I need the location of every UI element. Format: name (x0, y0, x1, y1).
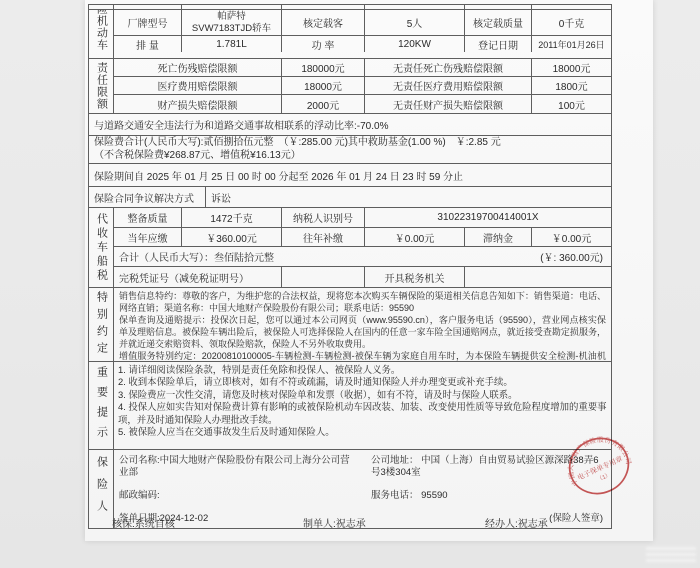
dispute-value: 诉讼 (206, 187, 611, 207)
insurer-postal-code: 邮政编码: (119, 490, 371, 502)
liability-section-label: 责任限额 (89, 59, 114, 113)
dispute-row: 保险合同争议解决方式 诉讼 (89, 187, 611, 208)
notice-item: 1. 请详细阅读保险条款，特别是责任免除和投保人、被保险人义务。 (118, 364, 607, 376)
late-fee-value: ￥0.00元 (532, 228, 611, 246)
insurer-address: 公司地址： 中国（上海）自由贸易试验区源深路38弄6号3楼304室 (371, 455, 607, 479)
special-section-label: 特别约定 (89, 288, 114, 361)
brand-value: 帕萨特 SVW7183TJD轿车 (182, 10, 282, 35)
current-year-value: ￥360.00元 (182, 228, 282, 246)
motor-row-2: 排 量 1.781L 功 率 120KW 登记日期 2011年01月26日 (114, 36, 611, 52)
dispute-label: 保险合同争议解决方式 (89, 187, 206, 207)
notice-item: 3. 保险费应一次性交清，请您及时核对保险单和发票（收据），如有不符，请及时与保… (118, 389, 607, 401)
curb-weight-value: 1472千克 (182, 208, 282, 227)
seats-label: 核定载客 (282, 10, 365, 35)
tax-cert-label: 完税凭证号（减免税证明号） (114, 267, 282, 287)
table-row: 财产损失赔偿限额 2000元 无责任财产损失赔偿限额 100元 (114, 95, 611, 113)
table-row: 死亡伤残赔偿限额 180000元 无责任死亡伤残赔偿限额 18000元 (114, 59, 611, 77)
special-paragraph: 保单查询及通赔提示：投保次日起，您可以通过本公司网页（www.95590.cn）… (119, 314, 606, 350)
special-paragraph: 增值服务特别约定：20200810100005-车辆检测-车辆检测-被保车辆为家… (119, 350, 606, 361)
tax-row-2: 当年应缴 ￥360.00元 往年补缴 ￥0.00元 滞纳金 ￥0.00元 (114, 228, 611, 247)
motor-row-1: 厂牌型号 帕萨特 SVW7183TJD轿车 核定载客 5人 核定载质量 0千克 (114, 10, 611, 36)
period-row: 保险期间自 2025 年 01 月 25 日 00 时 00 分起至 2026 … (89, 164, 611, 187)
taxpayer-id-value: 31022319700414001X (365, 208, 611, 227)
insurer-service-phone: 服务电话： 95590 (371, 490, 607, 502)
footer-handler: 经办人:祝志承 (485, 515, 548, 530)
liability-section: 责任限额 死亡伤残赔偿限额 180000元 无责任死亡伤残赔偿限额 18000元… (89, 59, 611, 114)
prior-year-label: 往年补缴 (282, 228, 365, 246)
reg-date-label: 登记日期 (465, 36, 532, 52)
reg-date-value: 2011年01月26日 (532, 36, 611, 52)
taxpayer-id-label: 纳税人识别号 (282, 208, 365, 227)
premium-line2: （不含税保险费¥268.87元、增值税¥16.13元） (94, 150, 301, 163)
tax-total-row: 合计（人民币大写）：叁佰陆拾元整 (￥: 360.00元) (114, 247, 611, 267)
tax-row-1: 整备质量 1472千克 纳税人识别号 31022319700414001X (114, 208, 611, 228)
prior-year-value: ￥0.00元 (365, 228, 465, 246)
float-rate-row: 与道路交通安全违法行为和道路交通事故相联系的浮动比率:-70.0% (89, 114, 611, 136)
notice-item: 4. 投保人应如实告知对保险费计算有影响的或被保险机动车因改装、加装、改变使用性… (118, 401, 607, 426)
special-paragraph: 销售信息特约：尊敬的客户，为维护您的合法权益，现将您本次购买车辆保险的渠道相关信… (119, 290, 606, 314)
displacement-label: 排 量 (114, 36, 182, 52)
late-fee-label: 滞纳金 (465, 228, 532, 246)
insurer-section-label: 保险人 (89, 450, 114, 528)
notice-item: 5. 被保险人应当在交通事故发生后及时通知保险人。 (118, 426, 607, 438)
seats-value: 5人 (365, 10, 465, 35)
tax-section: 代收车船税 整备质量 1472千克 纳税人识别号 310223197004140… (89, 208, 611, 288)
tax-total-label: 合计（人民币大写）：叁佰陆拾元整 (119, 249, 274, 264)
notice-section: 重要提示 1. 请详细阅读保险条款，特别是责任免除和投保人、被保险人义务。 2.… (89, 362, 611, 450)
policy-table: 险机动车 厂牌型号 帕萨特 SVW7183TJD轿车 核定载客 5人 (88, 4, 612, 529)
policy-document: 险机动车 厂牌型号 帕萨特 SVW7183TJD轿车 核定载客 5人 (85, 0, 653, 541)
curb-weight-label: 整备质量 (114, 208, 182, 227)
special-section: 特别约定 销售信息特约：尊敬的客户，为维护您的合法权益，现将您本次购买车辆保险的… (89, 288, 611, 362)
table-row: 医疗费用赔偿限额 18000元 无责任医疗费用赔偿限额 1800元 (114, 77, 611, 95)
displacement-value: 1.781L (182, 36, 282, 52)
motor-section-label: 险机动车 (89, 10, 114, 58)
footer-maker: 制单人:祝志承 (303, 515, 366, 530)
tax-section-label: 代收车船税 (89, 208, 114, 287)
premium-line1: 保险费合计(人民币大写):贰佰捌拾伍元整 （￥:285.00 元)其中救助基金(… (94, 137, 501, 150)
power-label: 功 率 (282, 36, 365, 52)
load-label: 核定载质量 (465, 10, 532, 35)
tax-total-amount: (￥: 360.00元) (540, 249, 611, 264)
current-year-label: 当年应缴 (114, 228, 182, 246)
brand-label: 厂牌型号 (114, 10, 182, 35)
premium-row: 保险费合计(人民币大写):贰佰捌拾伍元整 （￥:285.00 元)其中救助基金(… (89, 136, 611, 164)
footer-underwrite: 核保:系统自核 (112, 515, 175, 530)
notice-section-label: 重要提示 (89, 362, 114, 449)
tax-authority-label: 开具税务机关 (365, 267, 465, 287)
insurer-company-name: 公司名称:中国大地财产保险股份有限公司上海分公司营业部 (119, 455, 359, 479)
motor-section: 险机动车 厂牌型号 帕萨特 SVW7183TJD轿车 核定载客 5人 (89, 10, 611, 59)
load-value: 0千克 (532, 10, 611, 35)
photo-background: 险机动车 厂牌型号 帕萨特 SVW7183TJD轿车 核定载客 5人 (0, 0, 700, 568)
tax-row-4: 完税凭证号（减免税证明号） 开具税务机关 (114, 267, 611, 287)
notice-item: 2. 收到本保险单后，请立即核对，如有不符或疏漏，请及时通知保险人并办理变更或补… (118, 376, 607, 388)
power-value: 120KW (365, 36, 465, 52)
watermark (646, 547, 696, 565)
